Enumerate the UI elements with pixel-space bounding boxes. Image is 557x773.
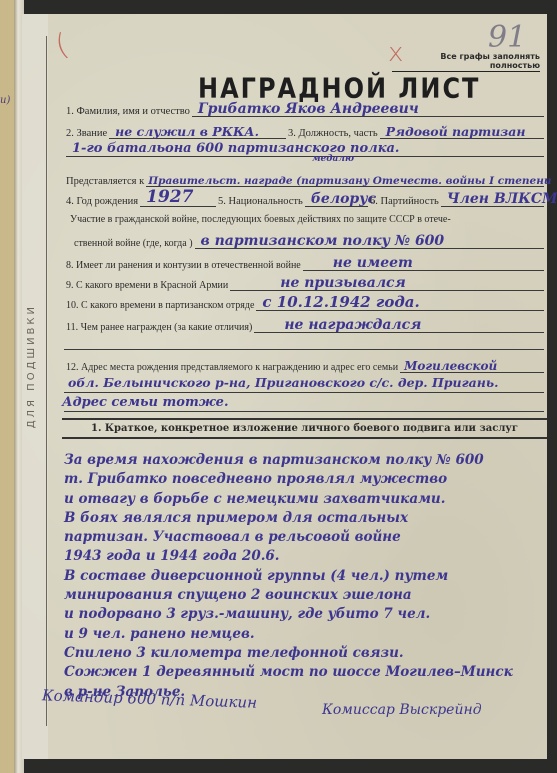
field-rank-label: 2. Звание xyxy=(66,128,107,139)
adjacent-page-margin-text: u) xyxy=(0,95,10,106)
field-partisan-since-label: 10. С какого времени в партизанском отря… xyxy=(66,300,254,311)
field-address-line3 xyxy=(64,411,544,412)
narrative-line: и 9 чел. ранено немцев. xyxy=(64,625,544,644)
narrative-line: В боях являлся примером для остальных xyxy=(64,509,544,528)
field-nominated: Представляется к Правительст. награде (п… xyxy=(66,172,544,187)
field-nationality-value: белорус xyxy=(311,192,376,206)
field-address-value-line1: Могилевской xyxy=(404,360,497,372)
narrative-line: Спилено 3 километра телефонной связи. xyxy=(64,644,544,663)
field-nominated-value: Правительст. награде (партизану Отечеств… xyxy=(148,176,551,187)
field-wounds: 8. Имеет ли ранения и контузии в отечест… xyxy=(66,256,544,271)
field-nationality-label: 5. Национальность xyxy=(218,196,303,207)
field-war-participation: ственной войне (где, когда ) в партизанс… xyxy=(74,234,544,249)
field-war-label-line1: Участие в гражданской войне, последующих… xyxy=(70,214,544,225)
field-rank: 2. Звание не служил в РККА. xyxy=(66,124,286,139)
field-red-army-since-value: не призывался xyxy=(280,276,406,290)
field-rank-value: не служил в РККА. xyxy=(115,126,259,139)
field-nominated-label: Представляется к xyxy=(66,176,144,187)
field-name: 1. Фамилия, имя и отчество Грибатко Яков… xyxy=(66,102,544,117)
field-red-army-since: 9. С какого времени в Красной Армии не п… xyxy=(66,276,544,291)
pencil-bracket-mark: ( xyxy=(52,27,72,64)
field-birth-year-value: 1927 xyxy=(146,189,193,206)
field-nationality: 5. Национальность белорус xyxy=(218,192,368,207)
commissar-signature: Комиссар Выскрейнд xyxy=(322,702,482,718)
field-name-value: Грибатко Яков Андреевич xyxy=(198,102,419,116)
narrative-line: т. Грибатко повседневно проявлял мужеств… xyxy=(64,470,544,489)
field-position-label: 3. Должность, часть xyxy=(288,128,378,139)
field-previous-awards-label: 11. Чем ранее награжден (за какие отличи… xyxy=(66,322,252,333)
award-sheet: ДЛЯ ПОДШИВКИ ( х 91 Все графы заполнять … xyxy=(22,14,547,759)
field-position-value: Рядовой партизан xyxy=(386,126,526,139)
field-partisan-since: 10. С какого времени в партизанском отря… xyxy=(66,296,544,311)
field-previous-awards: 11. Чем ранее награжден (за какие отличи… xyxy=(66,318,544,333)
feat-narrative: За время нахождения в партизанском полку… xyxy=(64,451,544,702)
field-previous-awards-value: не награждался xyxy=(284,318,421,332)
field-nominated-superscript: медалю xyxy=(312,155,354,164)
binding-line xyxy=(46,36,47,726)
fill-instruction: Все графы заполнять полностью xyxy=(392,52,540,72)
field-address: 12. Адрес места рождения представляемого… xyxy=(66,358,544,373)
field-address-line2 xyxy=(64,392,544,393)
field-wounds-label: 8. Имеет ли ранения и контузии в отечест… xyxy=(66,260,301,271)
narrative-line: 1943 года и 1944 года 20.6. xyxy=(64,547,544,566)
narrative-line: минирования спущено 2 воинских эшелона xyxy=(64,586,544,605)
field-partisan-since-value: с 10.12.1942 года. xyxy=(262,295,419,310)
narrative-line: и подорвано 3 груз.-машину, где убито 7 … xyxy=(64,605,544,624)
field-address-value-line2: обл. Белыничского р-на, Пригановского с/… xyxy=(68,377,498,390)
narrative-line: Сожжен 1 деревянный мост по шоссе Могиле… xyxy=(64,663,544,682)
field-wounds-value: не имеет xyxy=(333,256,413,270)
narrative-line: партизан. Участвовал в рельсовой войне xyxy=(64,528,544,547)
field-war-participation-label: ственной войне (где, когда ) xyxy=(74,238,193,249)
archive-page-number: 91 xyxy=(488,20,526,55)
field-party-value: Член ВЛКСМ xyxy=(447,192,557,206)
field-address-value-line3: Адрес семьи тотже. xyxy=(62,396,228,409)
field-red-army-since-label: 9. С какого времени в Красной Армии xyxy=(66,280,228,291)
field-party: 6. Партийность Член ВЛКСМ xyxy=(370,192,544,207)
document-title: НАГРАДНОЙ ЛИСТ xyxy=(198,72,480,104)
field-position: 3. Должность, часть Рядовой партизан xyxy=(288,124,544,139)
narrative-line: В составе диверсионной группы (4 чел.) п… xyxy=(64,567,544,586)
section-header-feat: 1. Краткое, конкретное изложение личного… xyxy=(62,418,547,439)
field-address-label: 12. Адрес места рождения представляемого… xyxy=(66,362,398,373)
field-name-label: 1. Фамилия, имя и отчество xyxy=(66,106,190,117)
field-position-line2 xyxy=(66,156,544,157)
field-birth-year-label: 4. Год рождения xyxy=(66,196,138,207)
binding-label: ДЛЯ ПОДШИВКИ xyxy=(26,304,44,428)
field-party-label: 6. Партийность xyxy=(370,196,439,207)
field-war-participation-value: в партизанском полку № 600 xyxy=(201,234,445,248)
field-birth-year: 4. Год рождения 1927 xyxy=(66,192,216,207)
narrative-line: За время нахождения в партизанском полку… xyxy=(64,451,544,470)
field-previous-awards-line2 xyxy=(64,349,544,350)
narrative-line: и отвагу в борьбе с немецкими захватчика… xyxy=(64,490,544,509)
